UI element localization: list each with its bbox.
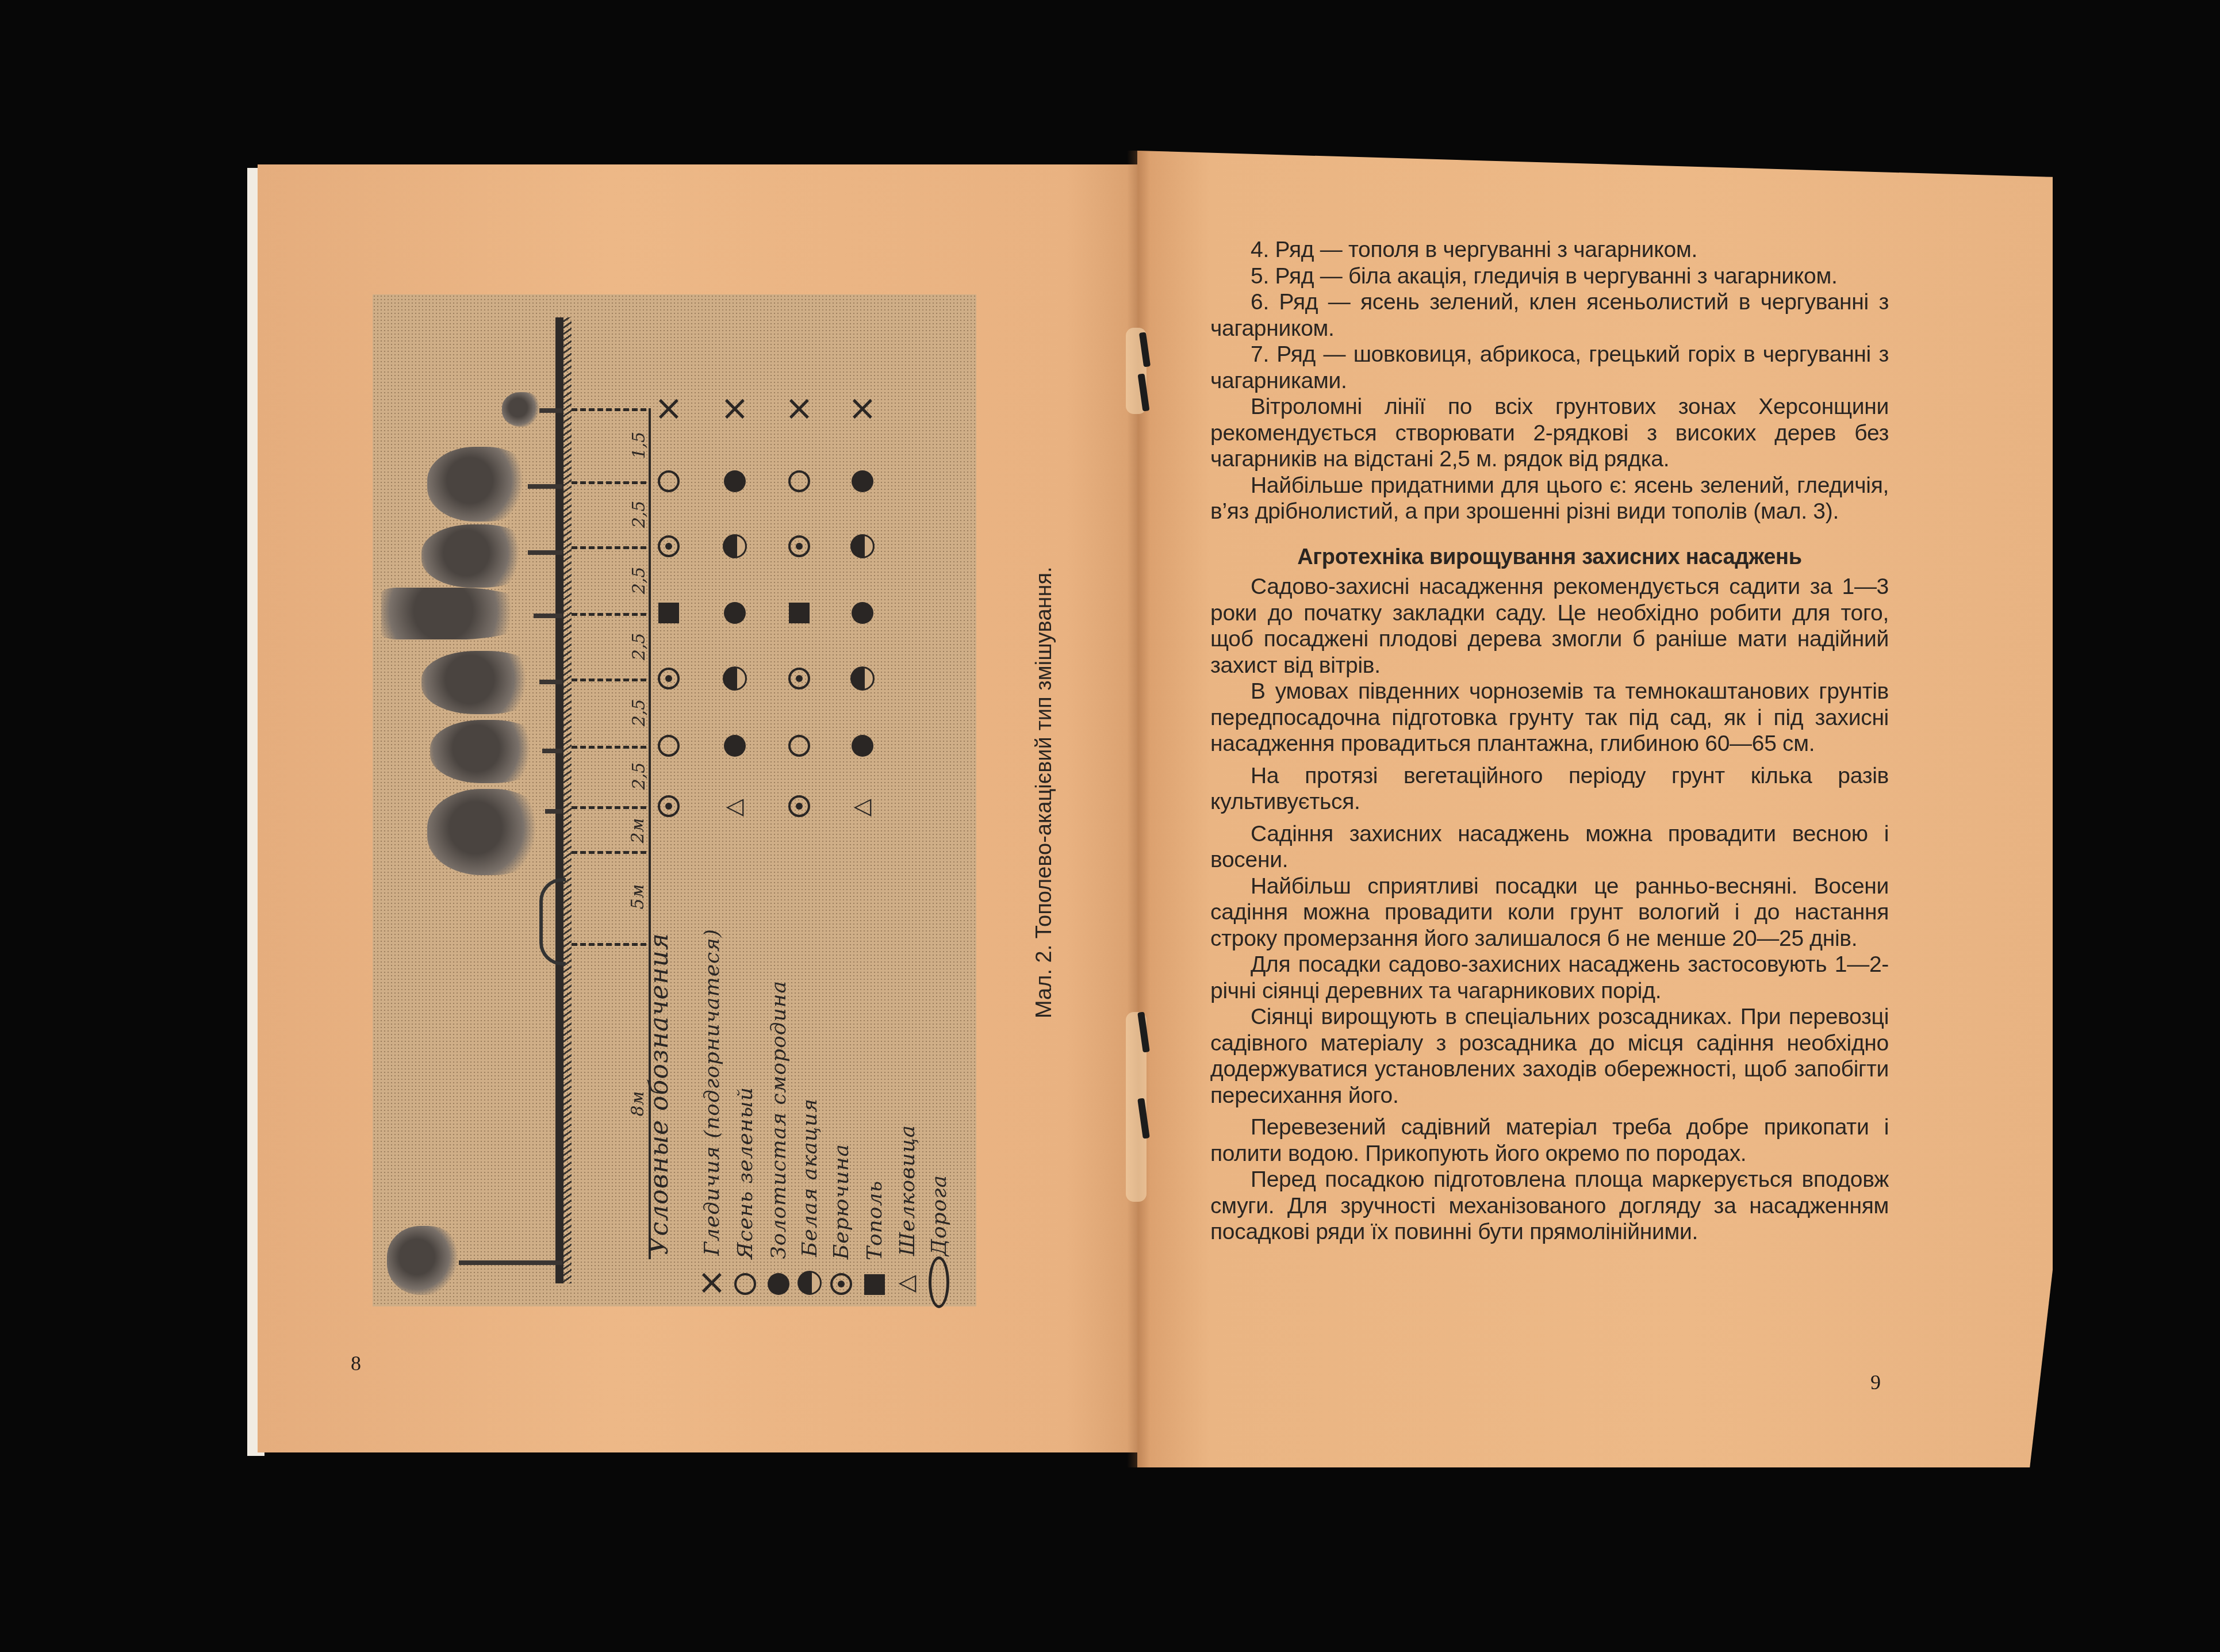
paragraph: Садово-захисні насадження рекомендується… <box>1210 574 1889 679</box>
row-marker <box>572 408 646 411</box>
tree-shrub-icon <box>502 392 542 427</box>
paragraph: 6. Ряд — ясень зелений, клен ясеньолисти… <box>1210 289 1889 342</box>
row-marker <box>572 746 646 749</box>
cross-icon <box>722 396 747 421</box>
row-marker <box>572 546 646 549</box>
page-number-left: 8 <box>351 1351 361 1375</box>
half-circle-icon <box>850 666 875 691</box>
row-marker <box>572 806 646 809</box>
paragraph: Сіянці вирощують в спеціальних розсадник… <box>1210 1004 1889 1109</box>
filled-circle-icon <box>768 1273 789 1295</box>
tree-stem <box>534 614 562 618</box>
tree-stem <box>545 809 562 814</box>
legend-label: Белая акация <box>798 1098 822 1257</box>
paragraph: Перевезений садівний матеріал треба добр… <box>1210 1114 1889 1167</box>
tree-acacia-icon <box>421 524 534 588</box>
legend-label: Гледичия (подгорничатеся) <box>700 929 724 1256</box>
legend-label: Берючина <box>830 1144 853 1259</box>
filled-circle-icon <box>852 602 873 624</box>
paragraph: Найбільш сприятливі посадки це ранньо-ве… <box>1210 873 1889 952</box>
right-page-body: 4. Ряд — тополя в чергуванні з чагарнико… <box>1210 237 1889 1245</box>
road-icon <box>926 1270 952 1295</box>
tree-stem <box>528 550 562 555</box>
ground-hatching <box>563 317 572 1283</box>
distance-label: 1,5 <box>629 432 649 459</box>
filled-square-icon <box>864 1274 885 1295</box>
tree-ash-icon <box>430 720 545 783</box>
row-marker <box>572 613 646 616</box>
half-circle-icon <box>723 666 747 691</box>
legend-label: Дорога <box>927 1175 951 1256</box>
filled-square-icon <box>789 603 810 623</box>
legend-item: Золотистая смородина <box>761 731 796 1295</box>
paragraph: В умовах південних чорноземів та темнока… <box>1210 679 1889 757</box>
legend-label: Золотистая смородина <box>767 980 791 1259</box>
tree-stem <box>539 680 562 684</box>
paragraph: Найбільше придатними для цього є: ясень … <box>1210 473 1889 525</box>
cross-icon <box>787 396 812 421</box>
paragraph: На протязі вегетаційного періоду грунт к… <box>1210 763 1889 815</box>
legend-item: Гледичия (подгорничатеся) <box>695 731 729 1295</box>
road-profile-icon <box>539 878 566 965</box>
distance-label: 2,5 <box>629 501 649 528</box>
cross-icon <box>850 396 875 421</box>
legend-item: Ясень зеленый <box>728 731 762 1295</box>
figure-caption: Мал. 2. Тополево-акацієвий тип змішуванн… <box>1032 566 1067 1118</box>
legend-item: Шелковица <box>890 731 925 1295</box>
section-heading: Агротехніка вирощування захисних насадже… <box>1210 545 1889 571</box>
tree-ash-icon <box>427 447 534 522</box>
tree-acacia-icon <box>421 651 542 714</box>
figure-planting-scheme: 1,5 2,5 2,5 2,5 2,5 2,5 2м 5м 8м Условны… <box>373 294 976 1306</box>
legend-title-column: Условные обозначения <box>642 737 676 1255</box>
legend-item: Дорога <box>922 731 956 1295</box>
filled-circle-icon <box>852 470 873 492</box>
page-number-right: 9 <box>1870 1370 1881 1394</box>
tree-poplar-icon <box>381 588 536 639</box>
half-circle-icon <box>723 534 747 558</box>
legend-label: Ясень зеленый <box>734 1087 757 1259</box>
open-circle-icon <box>658 470 680 492</box>
paragraph: 4. Ряд — тополя в чергуванні з чагарнико… <box>1210 237 1889 263</box>
paragraph: Перед посадкою підготовлена площа маркер… <box>1210 1167 1889 1245</box>
legend-item: Берючина <box>824 731 858 1295</box>
dotted-circle-icon <box>830 1273 852 1295</box>
dotted-circle-icon <box>788 668 810 689</box>
paragraph: Для посадки садово-захисних насаджень за… <box>1210 952 1889 1004</box>
open-circle-icon <box>734 1273 756 1295</box>
ground-axis-line <box>555 317 563 1283</box>
tree-stem <box>528 484 562 489</box>
tree-mulberry-icon <box>427 789 548 875</box>
half-circle-icon <box>850 534 875 558</box>
row-marker <box>572 851 646 854</box>
row-marker <box>572 943 646 946</box>
filled-square-icon <box>658 603 679 623</box>
legend-item: Тополь <box>857 731 892 1295</box>
paragraph: 5. Ряд — біла акація, гледичія в чергува… <box>1210 263 1889 290</box>
paragraph: Садіння захисних насаджень можна провади… <box>1210 821 1889 873</box>
open-circle-icon <box>788 470 810 492</box>
half-circle-icon <box>797 1271 822 1295</box>
legend-item: Белая акация <box>792 731 827 1295</box>
dotted-circle-icon <box>658 668 680 689</box>
distance-label: 2,5 <box>629 567 649 595</box>
row-marker <box>572 679 646 681</box>
tree-edge-icon <box>387 1226 462 1295</box>
paragraph: Вітроломні лінії по всіх грунтових зонах… <box>1210 394 1889 473</box>
legend-label: Тополь <box>863 1180 887 1260</box>
legend-title: Условные обозначения <box>645 933 674 1255</box>
tree-stem <box>539 408 562 413</box>
legend-label: Шелковица <box>896 1125 919 1256</box>
triangle-icon <box>895 1270 920 1295</box>
tree-stem <box>459 1260 562 1265</box>
cross-icon <box>656 396 681 421</box>
dotted-circle-icon <box>658 535 680 557</box>
tree-stem <box>542 749 562 753</box>
cross-icon <box>699 1270 724 1295</box>
distance-label: 2,5 <box>629 633 649 661</box>
filled-circle-icon <box>724 470 746 492</box>
dotted-circle-icon <box>788 535 810 557</box>
filled-circle-icon <box>724 602 746 624</box>
row-marker <box>572 481 646 484</box>
paragraph: 7. Ряд — шовковиця, абрикоса, грецький г… <box>1210 342 1889 394</box>
distance-label: 2,5 <box>629 699 649 727</box>
